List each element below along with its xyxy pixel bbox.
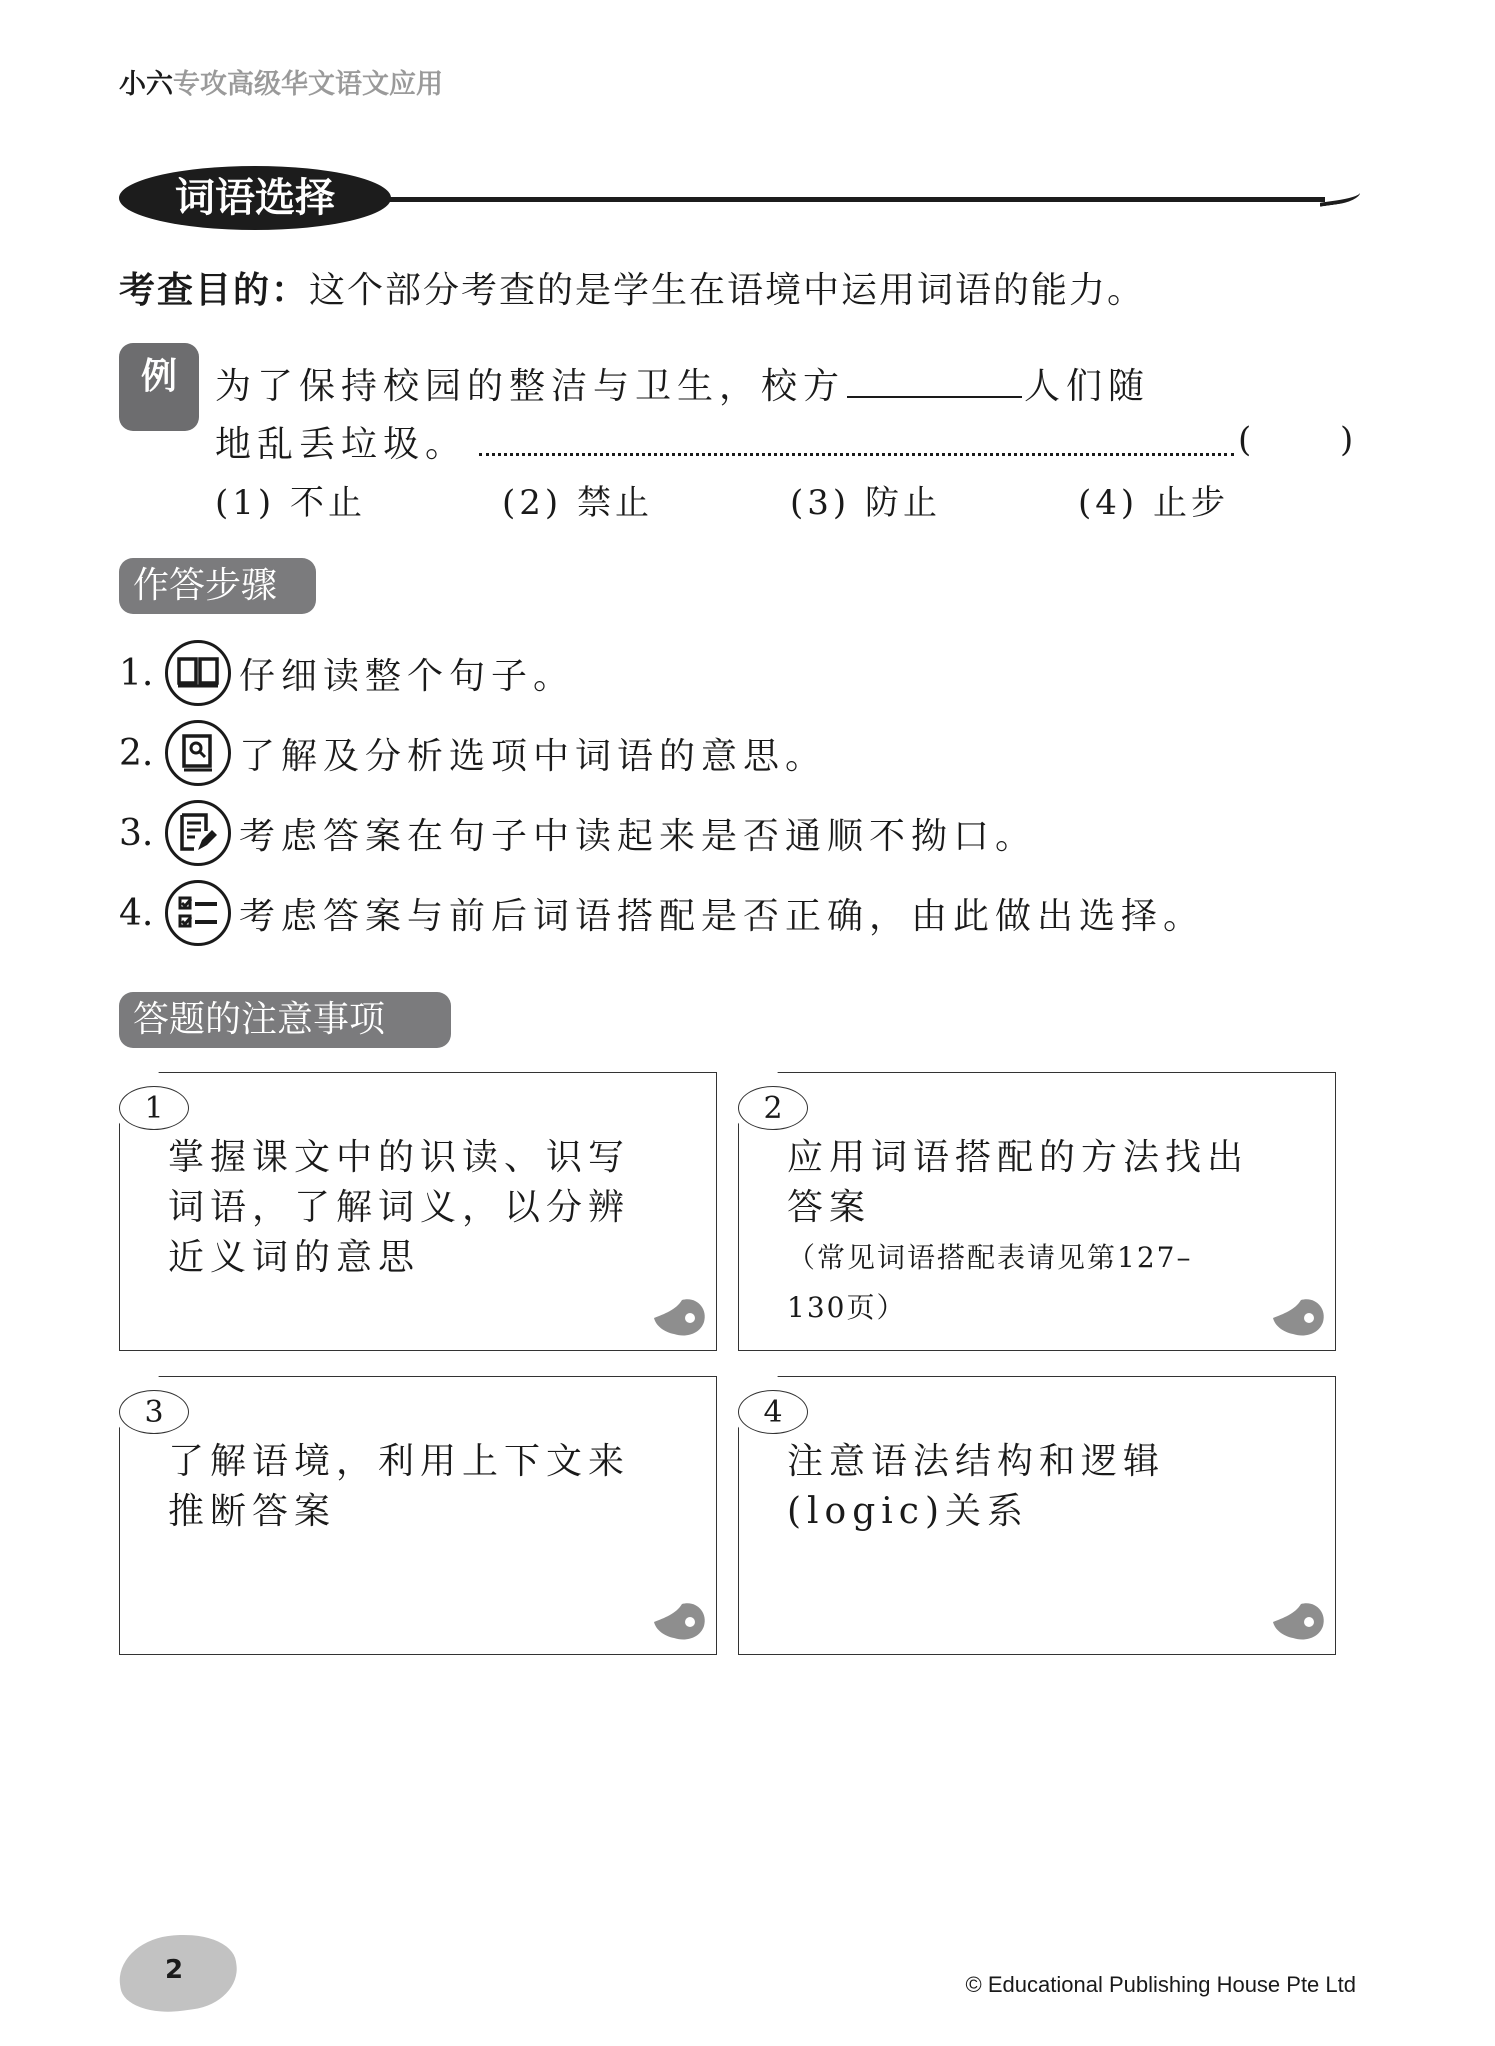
document-edit-icon [165,800,231,866]
header-grade: 小六 [119,69,173,100]
section-divider-tail [1320,187,1360,207]
purpose-text: 这个部分考查的是学生在语境中运用词语的能力。 [309,270,1145,311]
option-2: (2) 禁止 [502,475,653,524]
paint-drop-icon [1269,1296,1327,1338]
example-text-before: 为了保持校园的整洁与卫生，校方 [215,366,845,407]
page-number: 2 [165,1955,183,1985]
note-card-2: 应用词语搭配的方法找出 答案 （常见词语搭配表请见第127–130页） [738,1072,1336,1351]
book-header: 小六专攻高级华文语文应用 [119,62,443,101]
card-4-text: 注意语法结构和逻辑 (logic)关系 [787,1437,1165,1537]
answer-blank[interactable] [847,366,1022,398]
step-1: 1. 仔细读整个句子。 [119,640,575,706]
book-search-icon [165,720,231,786]
card-4-number-badge: 4 [738,1390,808,1434]
example-badge: 例 [119,343,199,431]
example-line-2: 地乱丢垃圾。 [215,416,1234,467]
example-line-1: 为了保持校园的整洁与卫生，校方人们随 [215,358,1150,409]
card-2-number-badge: 2 [738,1086,808,1130]
answer-paren-close: ) [1340,420,1353,460]
note-card-1: 掌握课文中的识读、识写 词语，了解词义，以分辨 近义词的意思 [119,1072,717,1351]
checklist-icon [165,880,231,946]
card-2-text: 应用词语搭配的方法找出 答案 （常见词语搭配表请见第127–130页） [787,1133,1249,1333]
step-2: 2. 了解及分析选项中词语的意思。 [119,720,827,786]
purpose-line: 考查目的：这个部分考查的是学生在语境中运用词语的能力。 [119,262,1145,313]
card-3-number-badge: 3 [119,1390,189,1434]
note-card-3: 了解语境，利用上下文来 推断答案 [119,1376,717,1655]
answer-paren-open: ( [1238,420,1251,460]
paint-drop-icon [1269,1600,1327,1642]
copyright: © Educational Publishing House Pte Ltd [966,1972,1356,1998]
card-3-text: 了解语境，利用上下文来 推断答案 [168,1437,630,1537]
paint-drop-icon [650,1600,708,1642]
example-text-after: 人们随 [1024,366,1150,407]
purpose-label: 考查目的： [119,270,309,311]
card-2-note: （常见词语搭配表请见第127–130页） [787,1233,1227,1333]
header-book-title: 专攻高级华文语文应用 [173,69,443,100]
dotted-leader [479,433,1234,456]
section-divider-line [385,197,1325,202]
open-book-icon [165,640,231,706]
paint-drop-icon [650,1296,708,1338]
step-4: 4. 考虑答案与前后词语搭配是否正确，由此做出选择。 [119,880,1205,946]
step-3: 3. 考虑答案在句子中读起来是否通顺不拗口。 [119,800,1037,866]
section-title: 词语选择 [119,166,391,230]
example-text-line2: 地乱丢垃圾。 [215,424,467,465]
note-card-4: 注意语法结构和逻辑 (logic)关系 [738,1376,1336,1655]
option-4: (4) 止步 [1078,475,1229,524]
option-1: (1) 不止 [215,475,366,524]
card-1-text: 掌握课文中的识读、识写 词语，了解词义，以分辨 近义词的意思 [168,1133,630,1283]
notes-heading: 答题的注意事项 [119,992,451,1048]
steps-heading: 作答步骤 [119,558,316,614]
option-3: (3) 防止 [790,475,941,524]
card-1-number-badge: 1 [119,1086,189,1130]
answer-box[interactable] [1254,420,1334,464]
